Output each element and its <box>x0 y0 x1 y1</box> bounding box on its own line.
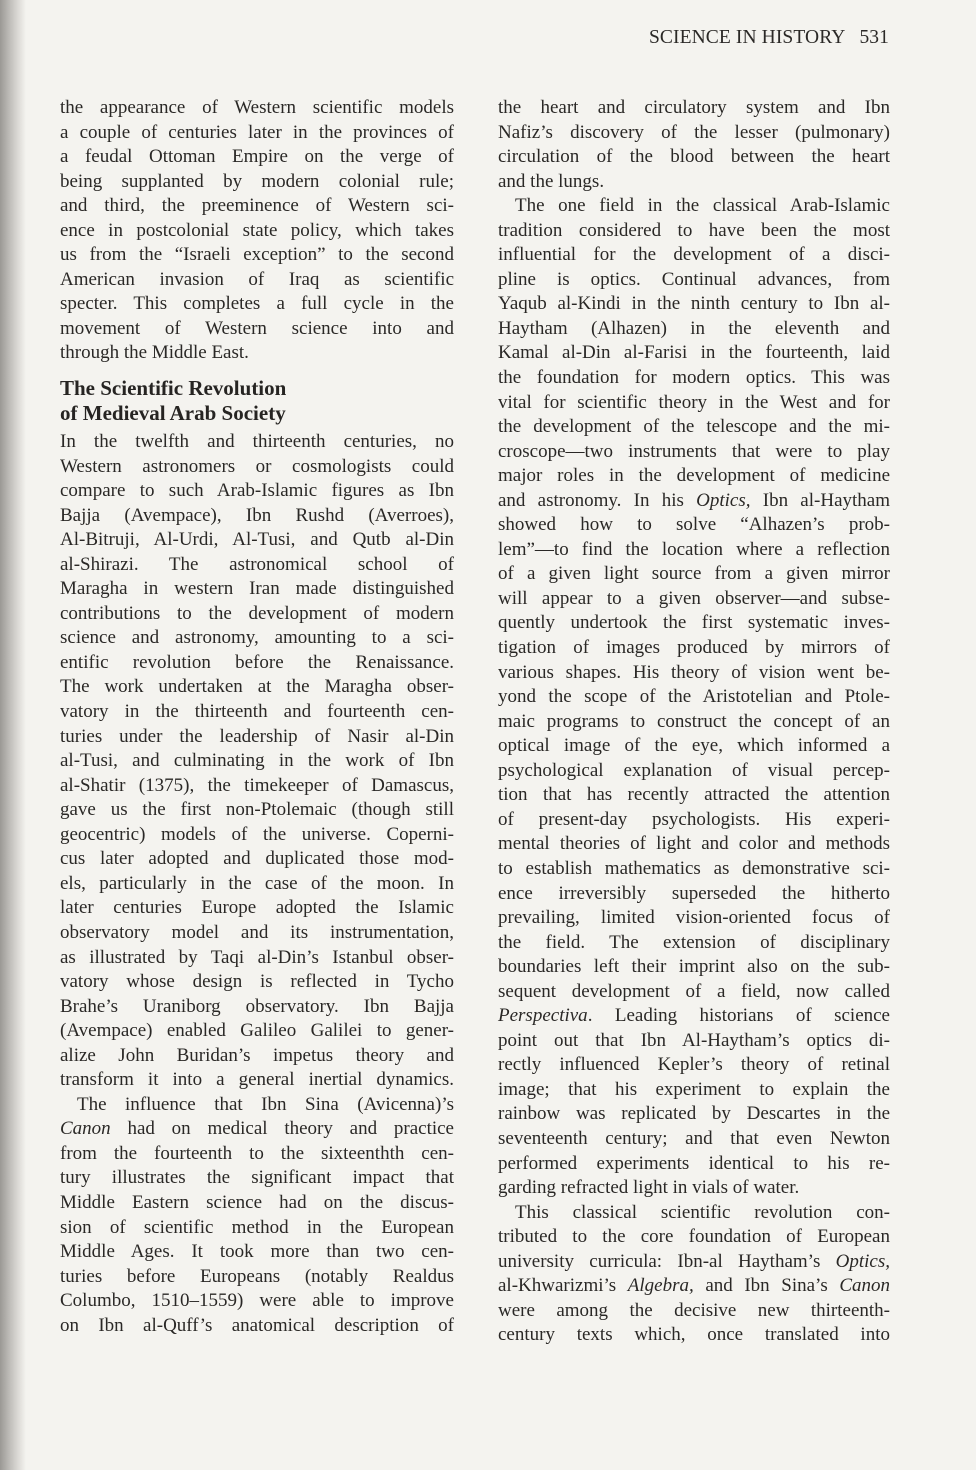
italic-title-algebra: Algebra, <box>628 1275 694 1296</box>
text-line: alize John Buridan’s impetus theory and <box>60 1044 454 1069</box>
text-line: showed how to solve “Alhazen’s prob- <box>498 513 890 538</box>
text-line: the appearance of Western scientific mod… <box>60 96 454 121</box>
text-line: ence irreversibly superseded the hithert… <box>498 882 890 907</box>
text-line: a feudal Ottoman Empire on the verge of <box>60 145 454 170</box>
text-line: major roles in the development of medici… <box>498 464 890 489</box>
text-line: quently undertook the first systematic i… <box>498 611 890 636</box>
text-line: as illustrated by Taqi al-Din’s Istanbul… <box>60 946 454 971</box>
text-line: Brahe’s Uraniborg observatory. Ibn Bajja <box>60 995 454 1020</box>
paragraph-university-curricula: This classical scientific revolution con… <box>498 1201 890 1348</box>
text-line: circulation of the blood between the hea… <box>498 145 890 170</box>
text-line: The influence that Ibn Sina (Avicenna)’s <box>60 1093 454 1118</box>
text-line: els, particularly in the case of the moo… <box>60 872 454 897</box>
text-line: al-Shatir (1375), the timekeeper of Dama… <box>60 774 454 799</box>
left-column: the appearance of Western scientific mod… <box>60 96 454 1338</box>
text-line: al-Khwarizmi’s Algebra, and Ibn Sina’s C… <box>498 1274 890 1299</box>
italic-title-optics: Optics, <box>836 1251 890 1272</box>
text-line: lem”—to find the location where a reflec… <box>498 538 890 563</box>
text-line: Bajja (Avempace), Ibn Rushd (Averroes), <box>60 504 454 529</box>
text-line: geocentric) models of the universe. Cope… <box>60 823 454 848</box>
text-line: (Avempace) enabled Galileo Galilei to ge… <box>60 1019 454 1044</box>
text-line: rainbow was replicated by Descartes in t… <box>498 1102 890 1127</box>
text-line: tury illustrates the significant impact … <box>60 1166 454 1191</box>
text-line: Yaqub al-Kindi in the ninth century to I… <box>498 292 890 317</box>
text-line: through the Middle East. <box>60 341 454 366</box>
text-line: boundaries left their imprint also on th… <box>498 955 890 980</box>
text-line: Western astronomers or cosmologists coul… <box>60 455 454 480</box>
text-line: the development of the telescope and the… <box>498 415 890 440</box>
text-line: Nafiz’s discovery of the lesser (pulmona… <box>498 121 890 146</box>
text-line: al-Tusi, and culminating in the work of … <box>60 749 454 774</box>
running-title: SCIENCE IN HISTORY <box>649 27 845 48</box>
text-line: psychological explanation of visual perc… <box>498 759 890 784</box>
text-line: croscope—two instruments that were to pl… <box>498 440 890 465</box>
text-line: mental theories of light and color and m… <box>498 832 890 857</box>
text-line: being supplanted by modern colonial rule… <box>60 170 454 195</box>
text-line: vital for scientific theory in the West … <box>498 391 890 416</box>
text-line: later centuries Europe adopted the Islam… <box>60 896 454 921</box>
text-line: Kamal al-Din al-Farisi in the fourteenth… <box>498 341 890 366</box>
text-line: Middle Eastern science had on the discus… <box>60 1191 454 1216</box>
italic-title-canon: Canon <box>60 1118 111 1139</box>
text-line: American invasion of Iraq as scientific <box>60 268 454 293</box>
running-header: SCIENCE IN HISTORY531 <box>649 27 889 49</box>
text-line: transform it into a general inertial dyn… <box>60 1068 454 1093</box>
text-line: movement of Western science into and <box>60 317 454 342</box>
italic-term-perspectiva: Perspectiva <box>498 1005 588 1026</box>
text-line: pline is optics. Continual advances, fro… <box>498 268 890 293</box>
text-line: to establish mathematics as demonstrativ… <box>498 857 890 882</box>
text-line: optical image of the eye, which informed… <box>498 734 890 759</box>
text-line: point out that Ibn Al-Haytham’s optics d… <box>498 1029 890 1054</box>
text-line: science and astronomy, amounting to a sc… <box>60 626 454 651</box>
text-line: ence in postcolonial state policy, which… <box>60 219 454 244</box>
text-line: from the fourteenth to the sixteenthth c… <box>60 1142 454 1167</box>
text-line: influential for the development of a dis… <box>498 243 890 268</box>
text-line: contributions to the development of mode… <box>60 602 454 627</box>
text-line: vatory whose design is reflected in Tych… <box>60 970 454 995</box>
text-line: gave us the first non-Ptolemaic (though … <box>60 798 454 823</box>
text-line: tigation of images produced by mirrors o… <box>498 636 890 661</box>
italic-title-optics: Optics, <box>696 490 750 511</box>
text-line: on Ibn al-Quff’s anatomical description … <box>60 1314 454 1339</box>
text-line: Perspectiva. Leading historians of scien… <box>498 1004 890 1029</box>
text-line: Maragha in western Iran made distinguish… <box>60 577 454 602</box>
paragraph-circulation: the heart and circulatory system and Ibn… <box>498 96 890 194</box>
paragraph-optics: The one field in the classical Arab-Isla… <box>498 194 890 1200</box>
text-line: vatory in the thirteenth and fourteenth … <box>60 700 454 725</box>
text-line: and astronomy. In his Optics, Ibn al-Hay… <box>498 489 890 514</box>
text-line: In the twelfth and thirteenth centuries,… <box>60 430 454 455</box>
page-number: 531 <box>859 27 889 48</box>
text-line: al-Shirazi. The astronomical school of <box>60 553 454 578</box>
text-line: tion that has recently attracted the att… <box>498 783 890 808</box>
text-line: maic programs to construct the concept o… <box>498 710 890 735</box>
text-line: performed experiments identical to his r… <box>498 1152 890 1177</box>
text-line: sequent development of a field, now call… <box>498 980 890 1005</box>
text-line: compare to such Arab-Islamic figures as … <box>60 479 454 504</box>
text-line: observatory model and its instrumentatio… <box>60 921 454 946</box>
section-heading-line-2: of Medieval Arab Society <box>60 401 454 426</box>
text-line: and the lungs. <box>498 170 890 195</box>
text-line: specter. This completes a full cycle in … <box>60 292 454 317</box>
text-line: Al-Bitruji, Al-Urdi, Al-Tusi, and Qutb a… <box>60 528 454 553</box>
text-line: us from the “Israeli exception” to the s… <box>60 243 454 268</box>
text-line: Columbo, 1510–1559) were able to improve <box>60 1289 454 1314</box>
text-line: garding refracted light in vials of wate… <box>498 1176 890 1201</box>
paragraph-intro-continuation: the appearance of Western scientific mod… <box>60 96 454 366</box>
text-line: Middle Ages. It took more than two cen- <box>60 1240 454 1265</box>
text-line: sion of scientific method in the Europea… <box>60 1216 454 1241</box>
text-line: This classical scientific revolution con… <box>498 1201 890 1226</box>
text-line: university curricula: Ibn-al Haytham’s O… <box>498 1250 890 1275</box>
text-line: various shapes. His theory of vision wen… <box>498 661 890 686</box>
text-line: century texts which, once translated int… <box>498 1323 890 1348</box>
book-binding-shadow <box>0 0 26 1470</box>
text-line: the field. The extension of disciplinary <box>498 931 890 956</box>
text-line: were among the decisive new thirteenth- <box>498 1299 890 1324</box>
text-line: entific revolution before the Renaissanc… <box>60 651 454 676</box>
text-line: Canon had on medical theory and practice <box>60 1117 454 1142</box>
text-line: of a given light source from a given mir… <box>498 562 890 587</box>
paragraph-scientific-revolution: In the twelfth and thirteenth centuries,… <box>60 430 454 1093</box>
text-line: of present-day psychologists. His experi… <box>498 808 890 833</box>
text-line: turies before Europeans (notably Realdus <box>60 1265 454 1290</box>
text-line: tradition considered to have been the mo… <box>498 219 890 244</box>
text-line: tributed to the core foundation of Europ… <box>498 1225 890 1250</box>
text-line: prevailing, limited vision-oriented focu… <box>498 906 890 931</box>
text-line: the heart and circulatory system and Ibn <box>498 96 890 121</box>
text-line: the foundation for modern optics. This w… <box>498 366 890 391</box>
text-line: a couple of centuries later in the provi… <box>60 121 454 146</box>
section-heading: The Scientific Revolution of Medieval Ar… <box>60 376 454 426</box>
text-line: seventeenth century; and that even Newto… <box>498 1127 890 1152</box>
text-line: image; that his experiment to explain th… <box>498 1078 890 1103</box>
text-line: rectly influenced Kepler’s theory of ret… <box>498 1053 890 1078</box>
text-line: Haytham (Alhazen) in the eleventh and <box>498 317 890 342</box>
text-line: and third, the preeminence of Western sc… <box>60 194 454 219</box>
text-line: The work undertaken at the Maragha obser… <box>60 675 454 700</box>
text-line: will appear to a given observer—and subs… <box>498 587 890 612</box>
text-line: The one field in the classical Arab-Isla… <box>498 194 890 219</box>
text-line: cus later adopted and duplicated those m… <box>60 847 454 872</box>
right-column: the heart and circulatory system and Ibn… <box>498 96 890 1348</box>
text-line: turies under the leadership of Nasir al-… <box>60 725 454 750</box>
paragraph-avicenna-canon: The influence that Ibn Sina (Avicenna)’s… <box>60 1093 454 1338</box>
text-line: yond the scope of the Aristotelian and P… <box>498 685 890 710</box>
italic-title-canon: Canon <box>839 1275 890 1296</box>
section-heading-line-1: The Scientific Revolution <box>60 376 454 401</box>
